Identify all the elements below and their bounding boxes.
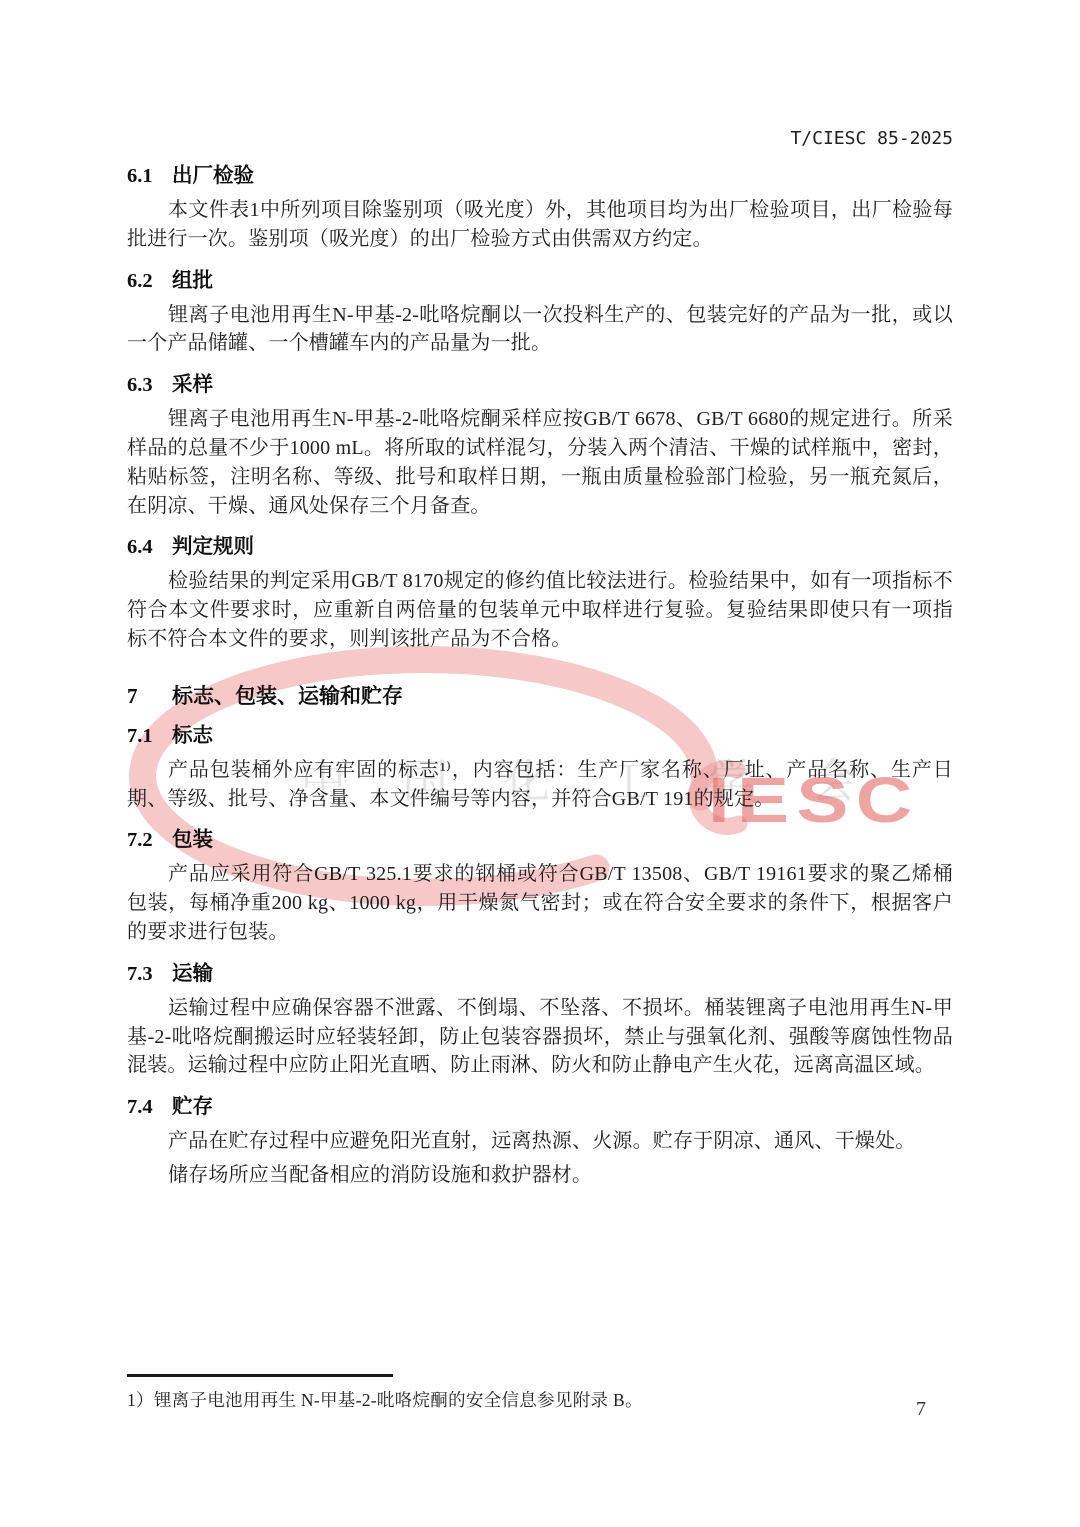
section-title: 组批 [172,270,213,292]
section-7: 7标志、包装、运输和贮存 [127,684,953,709]
section-6.1: 6.1出厂检验本文件表1中所列项目除鉴别项（吸光度）外，其他项目均为出厂检验项目… [127,164,953,254]
paragraph: 本文件表1中所列项目除鉴别项（吸光度）外，其他项目均为出厂检验项目，出厂检验每批… [127,196,953,254]
footnote-marker: 1） [127,1390,154,1410]
section-7.3: 7.3运输运输过程中应确保容器不泄露、不倒塌、不坠落、不损坏。桶装锂离子电池用再… [127,962,953,1080]
section-title: 运输 [172,963,213,985]
page-content: T/CIESC 85-2025 6.1出厂检验本文件表1中所列项目除鉴别项（吸光… [127,0,953,1195]
section-title: 标志 [172,725,213,747]
paragraph: 产品在贮存过程中应避免阳光直射，远离热源、火源。贮存于阴凉、通风、干燥处。 [127,1127,953,1156]
section-6.3: 6.3采样锂离子电池用再生N-甲基-2-吡咯烷酮采样应按GB/T 6678、GB… [127,373,953,520]
section-number: 7.2 [127,828,172,853]
footnote-text: 锂离子电池用再生 N-甲基-2-吡咯烷酮的安全信息参见附录 B。 [154,1390,643,1410]
paragraph: 产品包装桶外应有牢固的标志¹⁾，内容包括：生产厂家名称、厂址、产品名称、生产日期… [127,756,953,814]
footnote-divider [127,1374,393,1377]
section-title: 标志、包装、运输和贮存 [172,684,403,708]
section-7.4: 7.4贮存产品在贮存过程中应避免阳光直射，远离热源、火源。贮存于阴凉、通风、干燥… [127,1095,953,1190]
section-number: 7 [127,684,172,709]
doc-number: T/CIESC 85-2025 [127,128,953,149]
footnote: 1）锂离子电池用再生 N-甲基-2-吡咯烷酮的安全信息参见附录 B。 [127,1387,643,1412]
section-heading: 6.2组批 [127,269,953,294]
paragraph: 储存场所应当配备相应的消防设施和救护器材。 [127,1161,953,1190]
section-title: 出厂检验 [172,165,254,187]
section-title: 判定规则 [172,536,254,558]
section-heading: 7标志、包装、运输和贮存 [127,684,953,709]
section-heading: 7.3运输 [127,962,953,987]
section-number: 7.1 [127,724,172,749]
section-heading: 6.4判定规则 [127,535,953,560]
paragraph: 运输过程中应确保容器不泄露、不倒塌、不坠落、不损坏。桶装锂离子电池用再生N-甲基… [127,994,953,1080]
section-number: 7.3 [127,962,172,987]
paragraph: 锂离子电池用再生N-甲基-2-吡咯烷酮采样应按GB/T 6678、GB/T 66… [127,405,953,520]
section-number: 6.1 [127,164,172,189]
paragraph: 检验结果的判定采用GB/T 8170规定的修约值比较法进行。检验结果中，如有一项… [127,567,953,653]
section-heading: 7.4贮存 [127,1095,953,1120]
section-title: 包装 [172,829,213,851]
section-6.2: 6.2组批锂离子电池用再生N-甲基-2-吡咯烷酮以一次投料生产的、包装完好的产品… [127,269,953,359]
section-heading: 6.3采样 [127,373,953,398]
section-title: 采样 [172,374,213,396]
paragraph: 产品应采用符合GB/T 325.1要求的钢桶或符合GB/T 13508、GB/T… [127,860,953,946]
page-number: 7 [916,1398,926,1421]
section-heading: 7.1标志 [127,724,953,749]
section-number: 7.4 [127,1095,172,1120]
document-page: 中国化工学会 IESC T/CIESC 85-2025 6.1出厂检验本文件表1… [0,0,1080,1527]
section-7.1: 7.1标志产品包装桶外应有牢固的标志¹⁾，内容包括：生产厂家名称、厂址、产品名称… [127,724,953,814]
section-6.4: 6.4判定规则检验结果的判定采用GB/T 8170规定的修约值比较法进行。检验结… [127,535,953,653]
paragraph: 锂离子电池用再生N-甲基-2-吡咯烷酮以一次投料生产的、包装完好的产品为一批，或… [127,301,953,359]
section-number: 6.4 [127,535,172,560]
section-title: 贮存 [172,1096,213,1118]
section-number: 6.2 [127,269,172,294]
section-7.2: 7.2包装产品应采用符合GB/T 325.1要求的钢桶或符合GB/T 13508… [127,828,953,946]
section-heading: 6.1出厂检验 [127,164,953,189]
sections: 6.1出厂检验本文件表1中所列项目除鉴别项（吸光度）外，其他项目均为出厂检验项目… [127,164,953,1190]
section-heading: 7.2包装 [127,828,953,853]
section-number: 6.3 [127,373,172,398]
